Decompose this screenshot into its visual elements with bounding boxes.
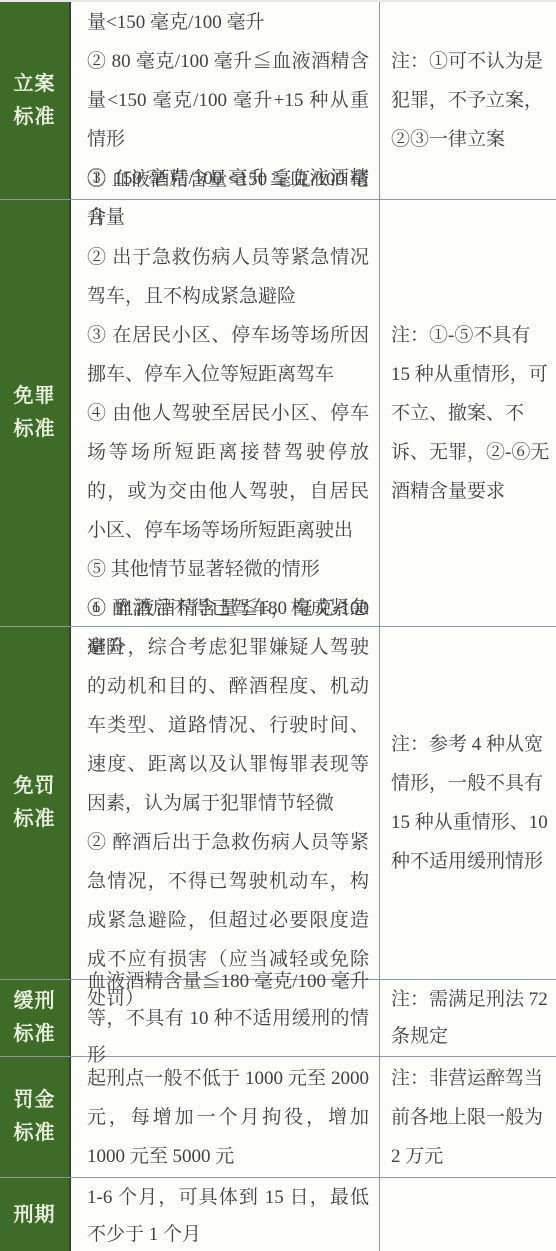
category-label-line: 立案 bbox=[14, 68, 56, 101]
criteria-cell: 起刑点一般不低于 1000 元至 2000 元，每增加一个月拘役，增加 1000… bbox=[71, 1057, 380, 1177]
category-cell: 免罚 标准 bbox=[0, 627, 71, 979]
criteria-item: ④ 由他人驾驶至居民小区、停车场等场所短距离接替驾驶停放的，或为交由他人驾驶，自… bbox=[87, 394, 369, 550]
criteria-item: ① 80 毫克/100 毫升≦血液酒精含量<150 毫克/100 毫升 bbox=[87, 0, 369, 42]
criteria-item: ② 80 毫克/100 毫升≦血液酒精含量<150 毫克/100 毫升+15 种… bbox=[87, 42, 369, 159]
category-label-line: 标准 bbox=[14, 803, 56, 836]
note-cell: 注：①-⑤不具有 15 种从重情形，可不立、撤案、不诉、无罪，②-⑥无酒精含量要… bbox=[380, 200, 556, 626]
criteria-cell: 1-6 个月，可具体到 15 日，最低不少于 1 个月 bbox=[71, 1178, 380, 1251]
note-cell: 注：参考 4 种从宽情形，一般不具有 15 种从重情形、10 种不适用缓刑情形 bbox=[380, 627, 556, 979]
criteria-cell: ① 血液酒精含量≦180 毫克/100 毫升，综合考虑犯罪嫌疑人驾驶的动机和目的… bbox=[71, 627, 380, 979]
note-text: 注：①可不认为是犯罪，不予立案，②③一律立案 bbox=[391, 42, 550, 159]
category-cell: 刑期 bbox=[0, 1178, 71, 1251]
note-cell: 注：①可不认为是犯罪，不予立案，②③一律立案 bbox=[380, 2, 556, 199]
criteria-item: ① 血液酒精含量<150 毫克/100 毫升 bbox=[87, 160, 369, 238]
category-cell: 免罪 标准 bbox=[0, 200, 71, 626]
category-label-line: 缓刑 bbox=[14, 985, 56, 1018]
criteria-cell: ① 血液酒精含量<150 毫克/100 毫升 ② 出于急救伤病人员等紧急情况驾车… bbox=[71, 200, 380, 626]
table-row: 免罪 标准 ① 血液酒精含量<150 毫克/100 毫升 ② 出于急救伤病人员等… bbox=[0, 200, 556, 627]
category-cell: 罚金 标准 bbox=[0, 1057, 71, 1177]
note-cell bbox=[380, 1178, 556, 1251]
category-label-line: 罚金 bbox=[14, 1084, 56, 1117]
criteria-item: 起刑点一般不低于 1000 元至 2000 元，每增加一个月拘役，增加 1000… bbox=[87, 1059, 369, 1176]
criteria-item: 1-6 个月，可具体到 15 日，最低不少于 1 个月 bbox=[87, 1179, 369, 1251]
table-row: 免罚 标准 ① 血液酒精含量≦180 毫克/100 毫升，综合考虑犯罪嫌疑人驾驶… bbox=[0, 627, 556, 980]
category-cell: 缓刑 标准 bbox=[0, 980, 71, 1056]
category-cell: 立案 标准 bbox=[0, 2, 71, 199]
criteria-item: ⑤ 其他情节显著轻微的情形 bbox=[87, 550, 369, 589]
category-label-line: 免罪 bbox=[14, 380, 56, 413]
category-label-line: 标准 bbox=[14, 101, 56, 134]
category-label-line: 标准 bbox=[14, 1018, 56, 1051]
note-text: 注：①-⑤不具有 15 种从重情形，可不立、撤案、不诉、无罪，②-⑥无酒精含量要… bbox=[391, 316, 550, 511]
note-text: 注：参考 4 种从宽情形，一般不具有 15 种从重情形、10 种不适用缓刑情形 bbox=[391, 725, 550, 881]
criteria-cell: 血液酒精含量≦180 毫克/100 毫升等，不具有 10 种不适用缓刑的情形 bbox=[71, 980, 380, 1056]
dui-standards-table: 立案 标准 ① 80 毫克/100 毫升≦血液酒精含量<150 毫克/100 毫… bbox=[0, 0, 556, 1251]
table-row: 刑期 1-6 个月，可具体到 15 日，最低不少于 1 个月 bbox=[0, 1178, 556, 1251]
category-label-line: 刑期 bbox=[14, 1199, 56, 1232]
note-cell: 注：非营运醉驾当前各地上限一般为 2 万元 bbox=[380, 1057, 556, 1177]
table-row: 缓刑 标准 血液酒精含量≦180 毫克/100 毫升等，不具有 10 种不适用缓… bbox=[0, 980, 556, 1057]
category-label-line: 标准 bbox=[14, 1117, 56, 1150]
table-row: 罚金 标准 起刑点一般不低于 1000 元至 2000 元，每增加一个月拘役，增… bbox=[0, 1057, 556, 1178]
criteria-item: ② 出于急救伤病人员等紧急情况驾车，且不构成紧急避险 bbox=[87, 238, 369, 316]
category-label-line: 标准 bbox=[14, 413, 56, 446]
criteria-item: ③ 在居民小区、停车场等场所因挪车、停车入位等短距离驾车 bbox=[87, 316, 369, 394]
criteria-item: ① 血液酒精含量≦180 毫克/100 毫升，综合考虑犯罪嫌疑人驾驶的动机和目的… bbox=[87, 589, 369, 823]
note-cell: 注：需满足刑法 72 条规定 bbox=[380, 980, 556, 1056]
note-text: 注：需满足刑法 72 条规定 bbox=[391, 981, 550, 1055]
note-text: 注：非营运醉驾当前各地上限一般为 2 万元 bbox=[391, 1059, 550, 1176]
category-label-line: 免罚 bbox=[14, 770, 56, 803]
